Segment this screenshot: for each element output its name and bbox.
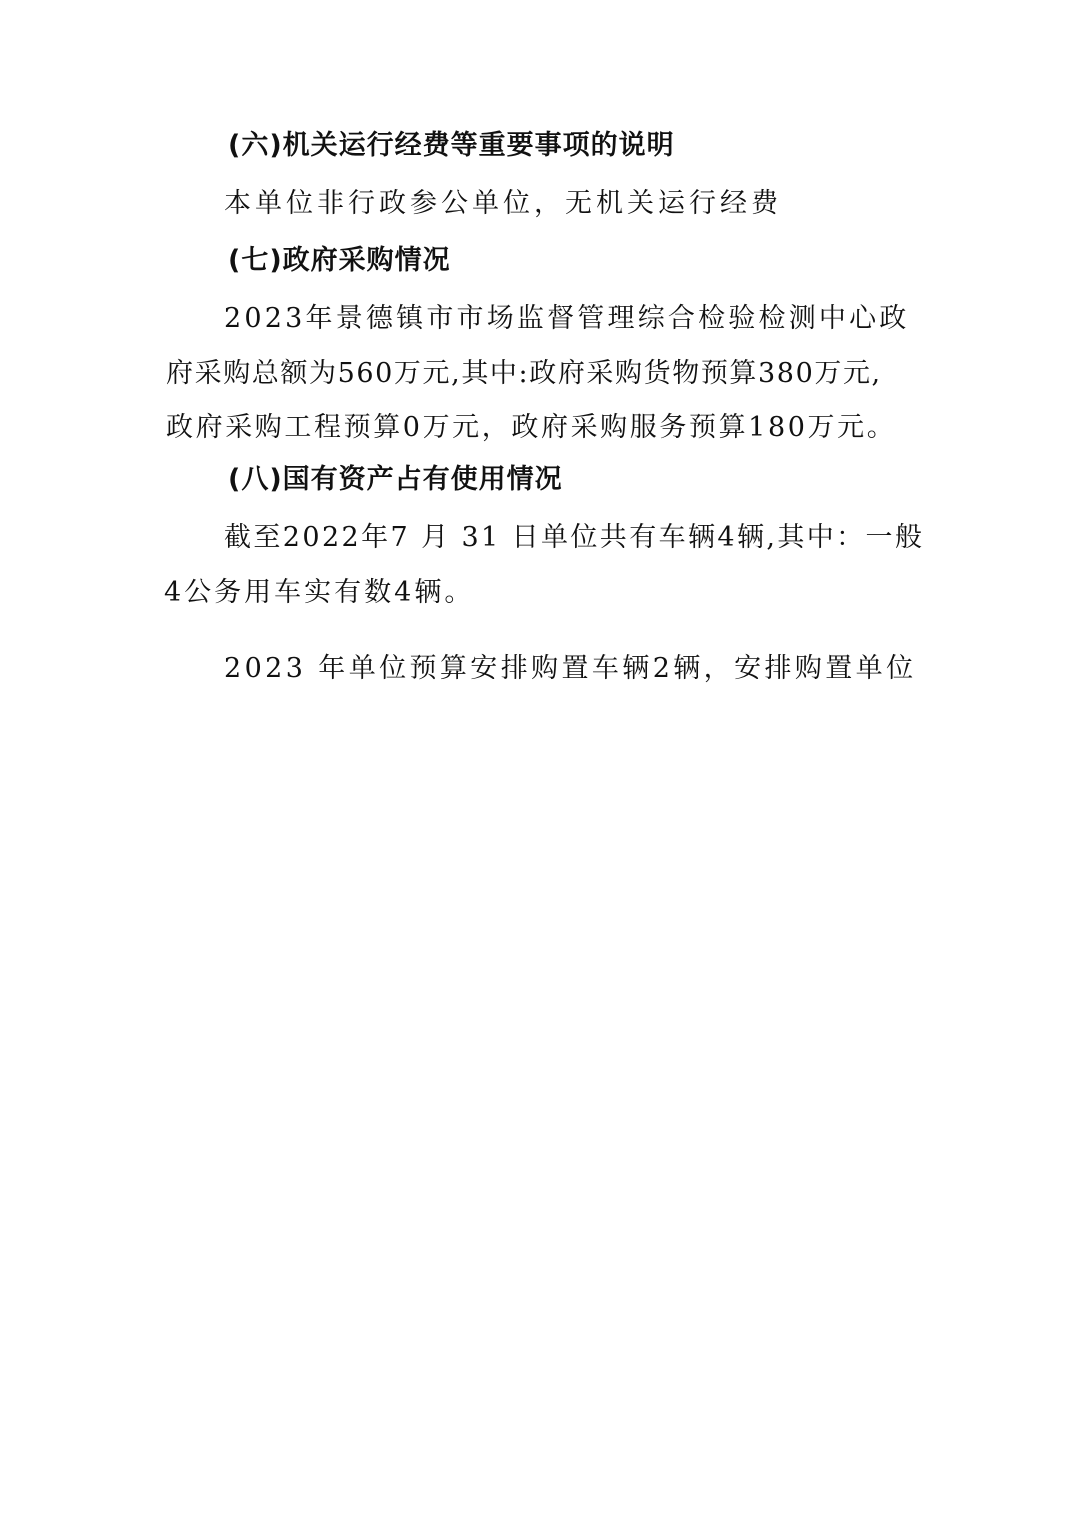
section-8-paragraph-1-line-1: 截至2022年7 月 31 日单位共有车辆4辆,其中：一般 <box>224 521 924 555</box>
section-heading-8: (八)国有资产占有使用情况 <box>228 463 563 497</box>
section-7-paragraph-line-2: 府采购总额为560万元,其中:政府采购货物预算380万元, <box>166 357 882 391</box>
section-8-paragraph-1-line-2: 4公务用车实有数4辆。 <box>164 576 474 610</box>
section-8-paragraph-2-line-1: 2023 年单位预算安排购置车辆2辆，安排购置单位 <box>224 652 916 686</box>
section-heading-7: (七)政府采购情况 <box>228 244 451 278</box>
section-heading-6: (六)机关运行经费等重要事项的说明 <box>228 129 675 163</box>
section-7-paragraph-line-3: 政府采购工程预算0万元，政府采购服务预算180万元。 <box>166 411 896 445</box>
section-7-paragraph-line-1: 2023年景德镇市市场监督管理综合检验检测中心政 <box>224 302 910 336</box>
document-page: (六)机关运行经费等重要事项的说明 本单位非行政参公单位，无机关运行经费 (七)… <box>0 0 1074 1520</box>
section-6-paragraph-line: 本单位非行政参公单位，无机关运行经费 <box>224 187 782 221</box>
